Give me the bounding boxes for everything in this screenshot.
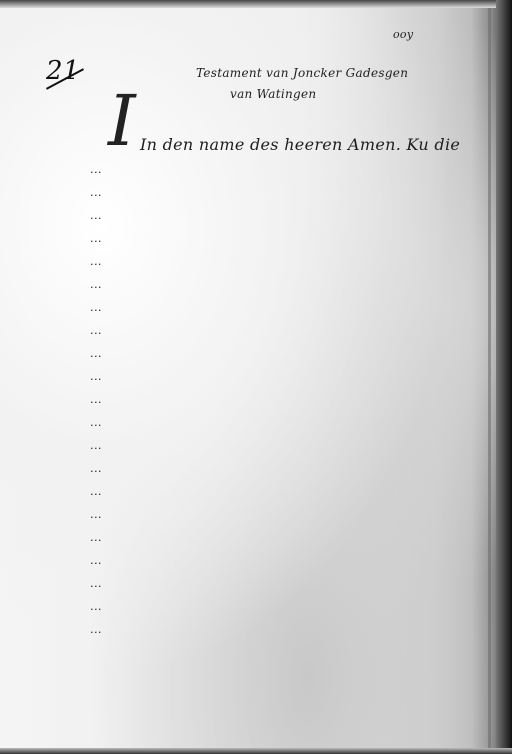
page-fold-line: [488, 8, 491, 748]
body-line: ...: [90, 254, 102, 268]
body-line: ...: [90, 415, 102, 429]
binding-shadow: [496, 0, 512, 754]
body-line: ...: [90, 369, 102, 383]
body-line: ...: [90, 300, 102, 314]
folio-number: 21: [46, 56, 80, 86]
body-line: In den name des heeren Amen. Ku die: [140, 135, 460, 154]
body-line: ...: [90, 507, 102, 521]
body-line: ...: [90, 484, 102, 498]
manuscript-page: ooy 21 Testament van Joncker Gadesgen va…: [0, 0, 512, 754]
body-line: ...: [90, 461, 102, 475]
initial-capital: I: [108, 80, 136, 162]
body-line: ...: [90, 622, 102, 636]
body-line: ...: [90, 599, 102, 613]
top-right-note: ooy: [393, 28, 413, 41]
body-line: ...: [90, 392, 102, 406]
body-line: ...: [90, 208, 102, 222]
body-line: ...: [90, 162, 102, 176]
body-line: ...: [90, 576, 102, 590]
body-line: ...: [90, 231, 102, 245]
body-line: ...: [90, 323, 102, 337]
title-line-1: Testament van Joncker Gadesgen: [196, 66, 408, 80]
body-line: ...: [90, 438, 102, 452]
body-line: ...: [90, 185, 102, 199]
body-line: ...: [90, 530, 102, 544]
title-line-2: van Watingen: [230, 87, 316, 101]
body-line: ...: [90, 553, 102, 567]
page-bottom-edge: [0, 748, 512, 754]
body-line: ...: [90, 346, 102, 360]
body-line: ...: [90, 277, 102, 291]
page-top-edge: [0, 0, 512, 8]
